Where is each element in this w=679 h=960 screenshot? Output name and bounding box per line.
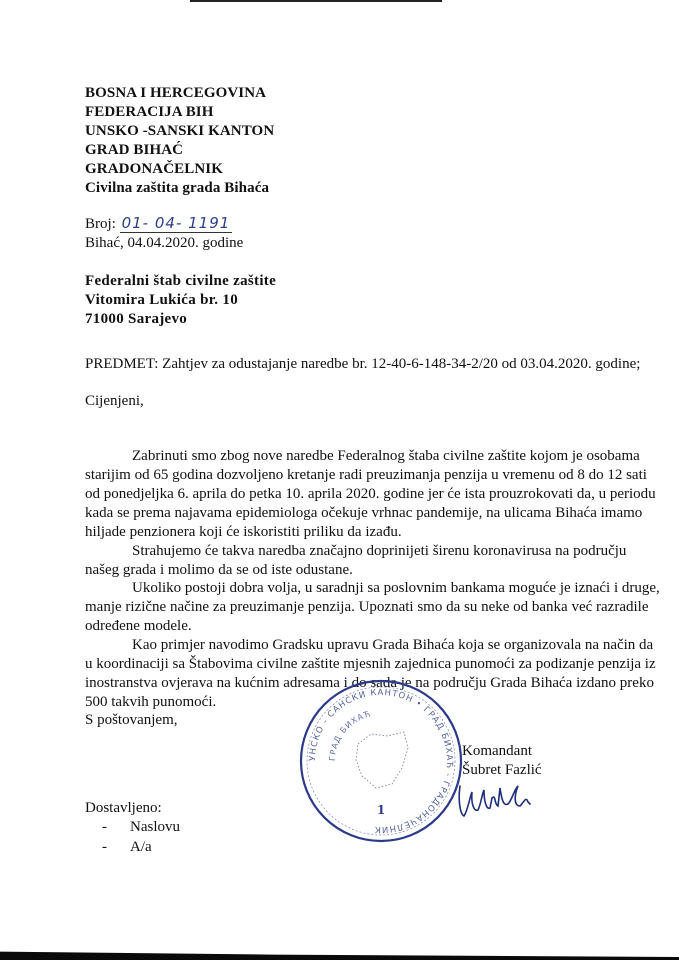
reference-number-line: Broj: 01- 04- 1191 xyxy=(85,214,232,234)
distribution-item: -Naslovu xyxy=(102,818,180,837)
svg-text:1: 1 xyxy=(377,803,385,817)
header-federation: FEDERACIJA BIH xyxy=(85,103,214,122)
paragraph-line: hiljade penzionera koji će iskoristiti p… xyxy=(85,523,620,542)
paragraph-line: Strahujemo će takva naredba značajno dop… xyxy=(85,542,620,561)
header-canton: UNSKO -SANSKI KANTON xyxy=(85,122,274,141)
body-paragraph-3: Ukoliko postoji dobra volja, u saradnji … xyxy=(85,579,620,636)
body-paragraph-2: Strahujemo će takva naredba značajno dop… xyxy=(85,542,620,580)
reference-label: Broj: xyxy=(85,216,116,232)
subject-line: PREDMET: Zahtjev za odustajanje naredbe … xyxy=(85,355,640,374)
closing: S poštovanjem, xyxy=(85,711,178,730)
paragraph-line: Zabrinuti smo zbog nove naredbe Federaln… xyxy=(85,447,620,466)
paragraph-line: Kao primjer navodimo Gradsku upravu Grad… xyxy=(85,636,620,655)
signatory-title: Komandant xyxy=(462,742,532,761)
recipient-street: Vitomira Lukića br. 10 xyxy=(85,291,238,310)
recipient-name: Federalni štab civilne zaštite xyxy=(85,272,276,291)
distribution-item-text: A/a xyxy=(130,839,152,855)
letter-page: BOSNA I HERCEGOVINA FEDERACIJA BIH UNSKO… xyxy=(0,0,679,960)
header-country: BOSNA I HERCEGOVINA xyxy=(85,84,266,103)
header-city: GRAD BIHAĆ xyxy=(85,141,183,160)
recipient-city: 71000 Sarajevo xyxy=(85,310,187,329)
paragraph-line: Ukoliko postoji dobra volja, u saradnji … xyxy=(85,579,620,598)
distribution-item: -A/a xyxy=(102,838,152,857)
header-civil-protection: Civilna zaštita grada Bihaća xyxy=(85,179,269,198)
salutation: Cijenjeni, xyxy=(85,392,144,411)
reference-number-handwritten: 01- 04- 1191 xyxy=(120,214,233,233)
paragraph-line: određene modele. xyxy=(85,617,620,636)
official-stamp-icon: УНСКО - САНСКИ КАНТОН • ГРАД БИХАЋ - ГРА… xyxy=(296,676,466,846)
distribution-item-text: Naslovu xyxy=(130,819,180,835)
paragraph-line: našeg grada i molimo da se od iste odust… xyxy=(85,561,620,580)
body-paragraph-1: Zabrinuti smo zbog nove naredbe Federaln… xyxy=(85,447,620,542)
signature-icon xyxy=(456,780,536,820)
signatory-name: Šubret Fazlić xyxy=(462,761,542,780)
place-date: Bihać, 04.04.2020. godine xyxy=(85,234,243,253)
distribution-label: Dostavljeno: xyxy=(85,799,162,818)
paragraph-line: starijim od 65 godina dozvoljeno kretanj… xyxy=(85,466,620,485)
paragraph-line: od ponedjeljka 6. aprila do petka 10. ap… xyxy=(85,485,620,504)
header-mayor: GRADONAČELNIK xyxy=(85,160,223,179)
paragraph-line: manje rizične načine za preuzimanje penz… xyxy=(85,598,620,617)
scan-edge-bottom xyxy=(0,948,679,960)
paragraph-line: kada se prema najavama epidemiologa oček… xyxy=(85,504,620,523)
scan-edge-top xyxy=(190,0,442,2)
paragraph-line: u koordinaciji sa Štabovima civilne zašt… xyxy=(85,655,620,674)
